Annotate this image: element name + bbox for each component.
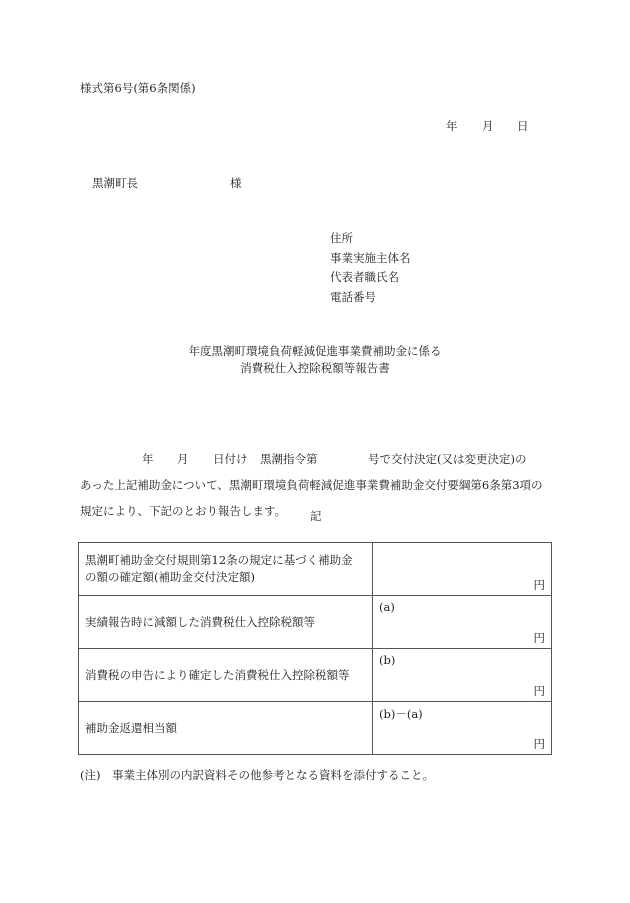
- date-year: 年: [446, 118, 458, 134]
- sender-representative-label: 代表者職氏名: [330, 268, 411, 288]
- label-line: の額の確定額(補助金交付決定額): [85, 569, 372, 586]
- body-month: 月: [177, 446, 189, 472]
- table-row: 補助金返還相当額 (b)－(a) 円: [79, 702, 552, 755]
- yen-unit: 円: [534, 630, 546, 646]
- row-code: (a): [379, 600, 395, 614]
- report-table: 黒潮町補助金交付規則第12条の規定に基づく補助金 の額の確定額(補助金交付決定額…: [78, 542, 552, 755]
- form-number: 様式第6号(第6条関係): [80, 80, 196, 96]
- row-label: 補助金返還相当額: [79, 702, 373, 755]
- ki-heading: 記: [310, 508, 322, 524]
- date-day: 日: [517, 118, 529, 134]
- row-label: 実績報告時に減額した消費税仕入控除税額等: [79, 596, 373, 649]
- sender-entity-label: 事業実施主体名: [330, 249, 411, 269]
- table-row: 消費税の申告により確定した消費税仕入控除税額等 (b) 円: [79, 649, 552, 702]
- body-line-2: あった上記補助金について、黒潮町環境負荷軽減促進事業費補助金交付要綱第6条第3項…: [80, 472, 555, 498]
- sender-address-label: 住所: [330, 229, 411, 249]
- sender-block: 住所 事業実施主体名 代表者職氏名 電話番号: [330, 229, 411, 307]
- title-line-1: 年度黒潮町環境負荷軽減促進事業費補助金に係る: [0, 343, 630, 360]
- amount-field[interactable]: 円: [373, 543, 552, 596]
- row-code: (b)－(a): [379, 706, 423, 722]
- document-title: 年度黒潮町環境負荷軽減促進事業費補助金に係る 消費税仕入控除税額等報告書: [0, 343, 630, 377]
- yen-unit: 円: [534, 577, 546, 593]
- body-directive: 黒潮指令第: [260, 446, 318, 472]
- footnote: (注) 事業主体別の内訳資料その他参考となる資料を添付すること。: [80, 767, 434, 783]
- table-row: 実績報告時に減額した消費税仕入控除税額等 (a) 円: [79, 596, 552, 649]
- date-month: 月: [482, 118, 494, 134]
- amount-field[interactable]: (b)－(a) 円: [373, 702, 552, 755]
- row-label: 消費税の申告により確定した消費税仕入控除税額等: [79, 649, 373, 702]
- body-rest: 号で交付決定(又は変更決定)の: [368, 446, 526, 472]
- row-code: (b): [379, 653, 395, 667]
- table-row: 黒潮町補助金交付規則第12条の規定に基づく補助金 の額の確定額(補助金交付決定額…: [79, 543, 552, 596]
- amount-field[interactable]: (a) 円: [373, 596, 552, 649]
- row-label: 黒潮町補助金交付規則第12条の規定に基づく補助金 の額の確定額(補助金交付決定額…: [79, 543, 373, 596]
- body-line-1: 年 月 日付け 黒潮指令第 号で交付決定(又は変更決定)の: [80, 446, 555, 472]
- addressee-honorific: 様: [230, 175, 242, 191]
- amount-field[interactable]: (b) 円: [373, 649, 552, 702]
- sender-phone-label: 電話番号: [330, 288, 411, 308]
- title-line-2: 消費税仕入控除税額等報告書: [0, 360, 630, 377]
- yen-unit: 円: [534, 736, 546, 752]
- addressee-name: 黒潮町長: [92, 175, 138, 191]
- yen-unit: 円: [534, 683, 546, 699]
- label-line: 黒潮町補助金交付規則第12条の規定に基づく補助金: [85, 552, 372, 569]
- body-year: 年: [142, 446, 154, 472]
- body-day: 日付け: [213, 446, 248, 472]
